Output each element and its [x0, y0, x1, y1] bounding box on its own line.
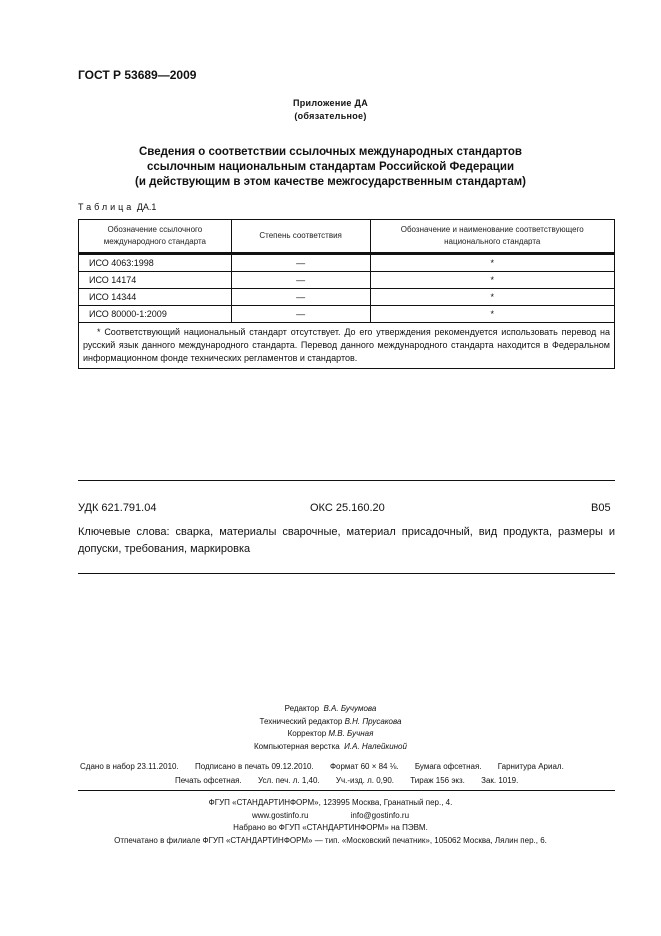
print-info: Сдано в набор 23.11.2010. Подписано в пе…	[80, 760, 620, 788]
degree-cell: —	[231, 306, 370, 323]
divider-bottom	[78, 573, 615, 574]
standards-table: Обозначение ссылочного международного ст…	[78, 219, 615, 369]
tech-editor-line: Технический редактор В.Н. Прусакова	[0, 716, 661, 729]
column-header: Степень соответствия	[231, 220, 370, 254]
corrector-line: Корректор М.В. Бучная	[0, 728, 661, 741]
classification-code: В05	[591, 502, 611, 514]
national-standard-cell: *	[370, 254, 615, 272]
intl-standard-cell: ИСО 14344	[79, 289, 232, 306]
degree-cell: —	[231, 272, 370, 289]
publisher-contacts: www.gostinfo.ru info@gostinfo.ru	[0, 810, 661, 823]
table-header-row: Обозначение ссылочного международного ст…	[79, 220, 615, 254]
divider-publisher	[78, 790, 615, 791]
table-footnote: * Соответствующий национальный стандарт …	[79, 323, 615, 369]
oks-code: ОКС 25.160.20	[310, 502, 385, 514]
title-line: Сведения о соответствии ссылочных междун…	[0, 145, 661, 160]
email-link[interactable]: info@gostinfo.ru	[351, 810, 409, 823]
intl-standard-cell: ИСО 14174	[79, 272, 232, 289]
colophon: Редактор В.А. Бучумова Технический редак…	[0, 703, 661, 753]
print-info-row: Печать офсетная. Усл. печ. л. 1,40. Уч.-…	[80, 774, 620, 788]
national-standard-cell: *	[370, 289, 615, 306]
standard-number: ГОСТ Р 53689—2009	[78, 68, 196, 82]
national-standard-cell: *	[370, 272, 615, 289]
print-info-row: Сдано в набор 23.11.2010. Подписано в пе…	[80, 760, 620, 774]
corrector-name: М.В. Бучная	[328, 729, 373, 738]
editor-line: Редактор В.А. Бучумова	[0, 703, 661, 716]
printed-note: Отпечатано в филиале ФГУП «СТАНДАРТИНФОР…	[0, 835, 661, 848]
divider-top	[78, 480, 615, 481]
title-line: ссылочным национальным стандартам Россий…	[0, 160, 661, 175]
column-header: Обозначение и наименование соответствующ…	[370, 220, 615, 254]
table-row: ИСО 4063:1998 — *	[79, 254, 615, 272]
publisher-address: ФГУП «СТАНДАРТИНФОРМ», 123995 Москва, Гр…	[0, 797, 661, 810]
table-row: ИСО 14344 — *	[79, 289, 615, 306]
udk-code: УДК 621.791.04	[78, 502, 156, 514]
table-row: ИСО 80000-1:2009 — *	[79, 306, 615, 323]
appendix-heading: Приложение ДА (обязательное)	[0, 97, 661, 123]
table-row: ИСО 14174 — *	[79, 272, 615, 289]
appendix-status: (обязательное)	[0, 110, 661, 123]
tech-editor-name: В.Н. Прусакова	[345, 717, 402, 726]
footnote-text: * Соответствующий национальный стандарт …	[83, 327, 610, 363]
keywords: Ключевые слова: сварка, материалы свароч…	[78, 524, 615, 558]
degree-cell: —	[231, 289, 370, 306]
title-line: (и действующим в этом качестве межгосуда…	[0, 175, 661, 190]
table-caption-number: ДА.1	[137, 202, 157, 212]
intl-standard-cell: ИСО 4063:1998	[79, 254, 232, 272]
degree-cell: —	[231, 254, 370, 272]
typeset-note: Набрано во ФГУП «СТАНДАРТИНФОРМ» на ПЭВМ…	[0, 822, 661, 835]
table-caption: Таблица ДА.1	[78, 202, 156, 212]
intl-standard-cell: ИСО 80000-1:2009	[79, 306, 232, 323]
national-standard-cell: *	[370, 306, 615, 323]
column-header: Обозначение ссылочного международного ст…	[79, 220, 232, 254]
editor-name: В.А. Бучумова	[323, 704, 376, 713]
appendix-label: Приложение ДА	[0, 97, 661, 110]
layout-line: Компьютерная верстка И.А. Налейкиной	[0, 741, 661, 754]
publisher-info: ФГУП «СТАНДАРТИНФОРМ», 123995 Москва, Гр…	[0, 797, 661, 847]
table-footnote-row: * Соответствующий национальный стандарт …	[79, 323, 615, 369]
website-link[interactable]: www.gostinfo.ru	[252, 810, 308, 823]
layout-name: И.А. Налейкиной	[344, 742, 407, 751]
page-title: Сведения о соответствии ссылочных междун…	[0, 145, 661, 190]
table-caption-word: Таблица	[78, 202, 134, 212]
